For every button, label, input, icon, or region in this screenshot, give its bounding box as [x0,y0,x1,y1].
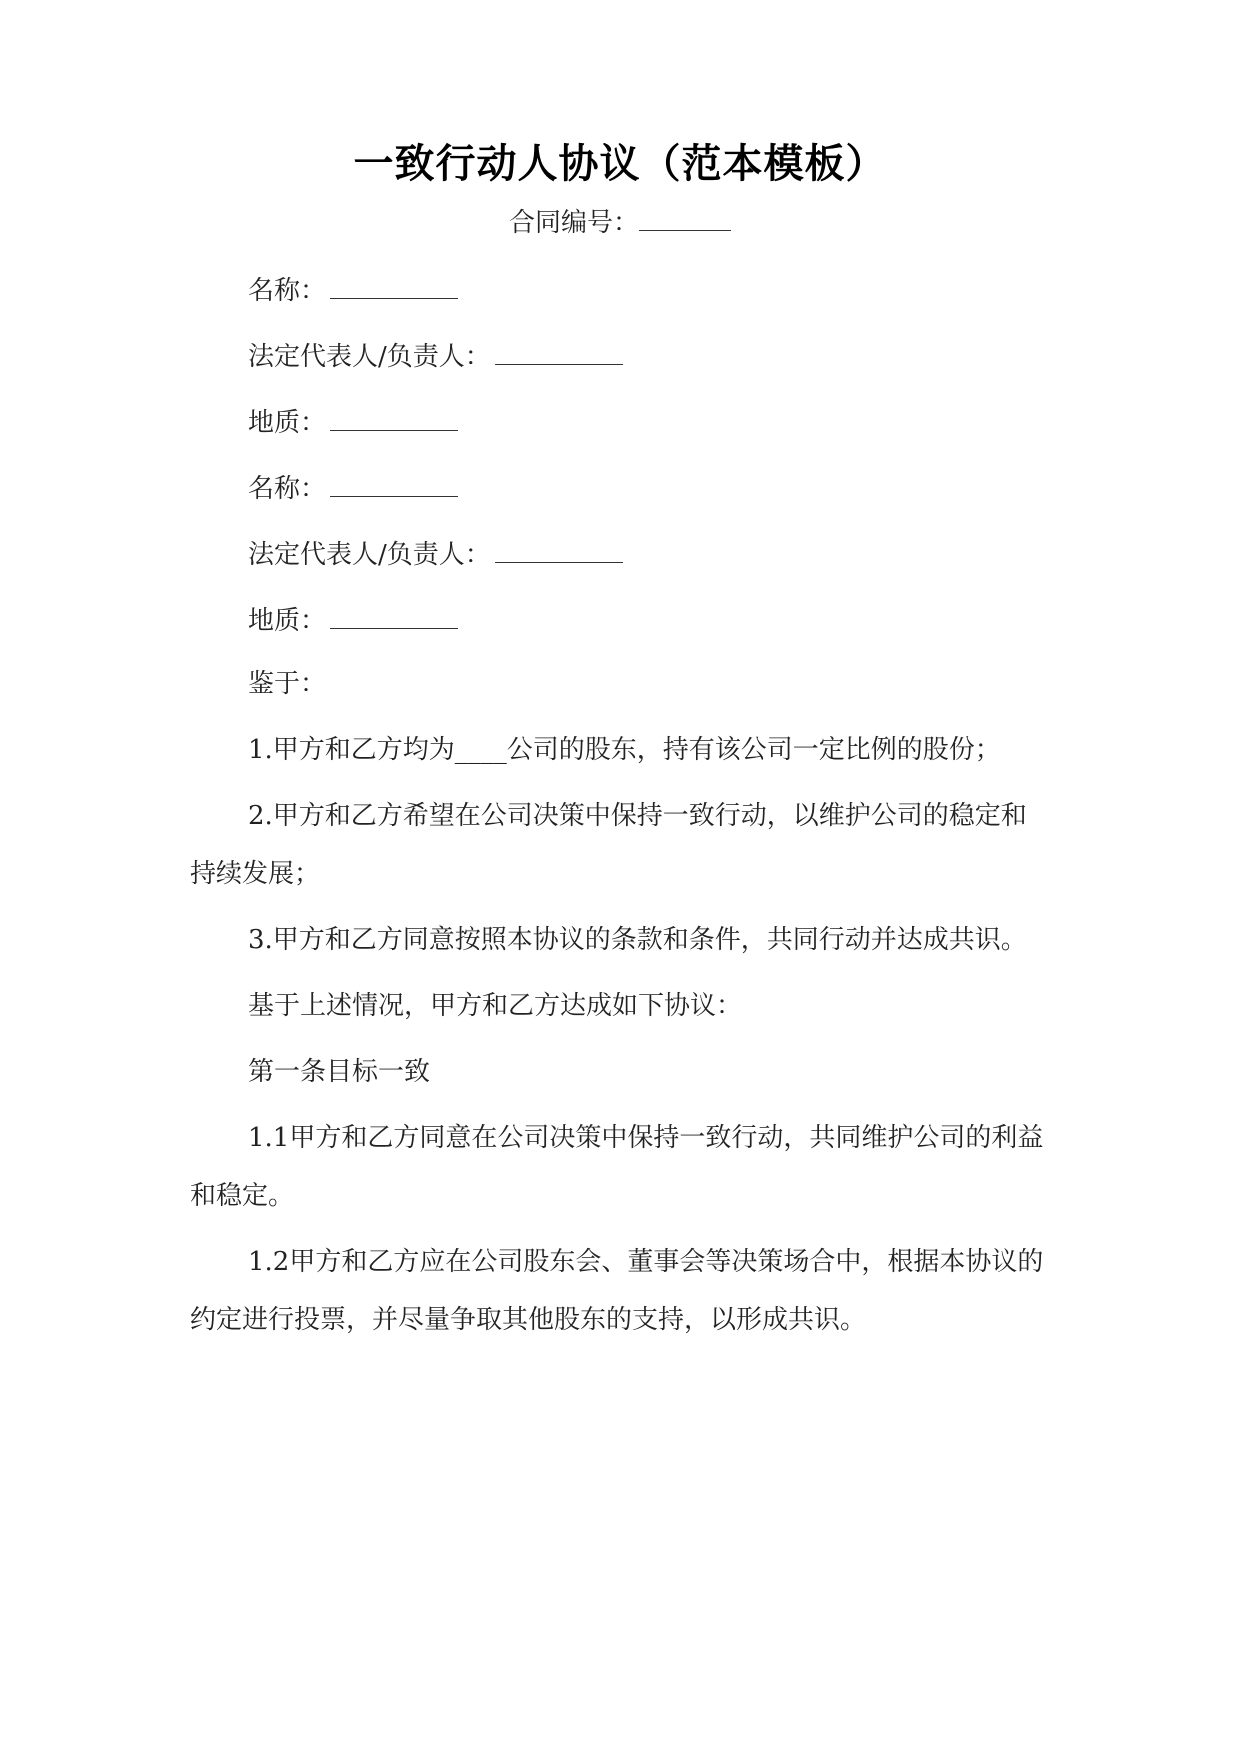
field-label: 名称： [248,276,326,306]
clause-1-2: 1.2甲方和乙方应在公司股东会、董事会等决策场合中，根据本协议的约定进行投票，并… [190,1233,1052,1349]
party-b-address: 地质： [248,600,458,637]
recital-3: 3.甲方和乙方同意按照本协议的条款和条件，共同行动并达成共识。 [190,911,1052,969]
party-b-address-blank[interactable] [330,606,458,629]
party-a-name-blank[interactable] [330,276,458,299]
recital-2: 2.甲方和乙方希望在公司决策中保持一致行动，以维护公司的稳定和持续发展； [190,787,1052,903]
contract-number: 合同编号： [0,202,1240,239]
document-title: 一致行动人协议（范本模板） [0,132,1240,189]
party-a-name: 名称： [248,270,458,307]
field-label: 名称： [248,474,326,504]
field-label: 地质： [248,606,326,636]
contract-number-blank[interactable] [639,208,731,231]
party-a-address-blank[interactable] [330,408,458,431]
party-b-representative-blank[interactable] [495,540,623,563]
contract-number-label: 合同编号： [509,208,639,238]
field-label: 法定代表人/负责人： [248,540,491,570]
party-b-name: 名称： [248,468,458,505]
party-a-representative: 法定代表人/负责人： [248,336,623,373]
document-page: 一致行动人协议（范本模板） 合同编号： 名称： 法定代表人/负责人： 地质： 名… [0,0,1240,1753]
party-b-representative: 法定代表人/负责人： [248,534,623,571]
article-1-heading: 第一条目标一致 [190,1043,1052,1101]
field-label: 法定代表人/负责人： [248,342,491,372]
document-body: 鉴于： 1.甲方和乙方均为____公司的股东，持有该公司一定比例的股份； 2.甲… [190,655,1052,1357]
recital-1: 1.甲方和乙方均为____公司的股东，持有该公司一定比例的股份； [190,721,1052,779]
field-label: 地质： [248,408,326,438]
agreement-intro: 基于上述情况，甲方和乙方达成如下协议： [190,977,1052,1035]
whereas-heading: 鉴于： [190,655,1052,713]
party-a-address: 地质： [248,402,458,439]
clause-1-1: 1.1甲方和乙方同意在公司决策中保持一致行动，共同维护公司的利益和稳定。 [190,1109,1052,1225]
party-a-representative-blank[interactable] [495,342,623,365]
party-b-name-blank[interactable] [330,474,458,497]
